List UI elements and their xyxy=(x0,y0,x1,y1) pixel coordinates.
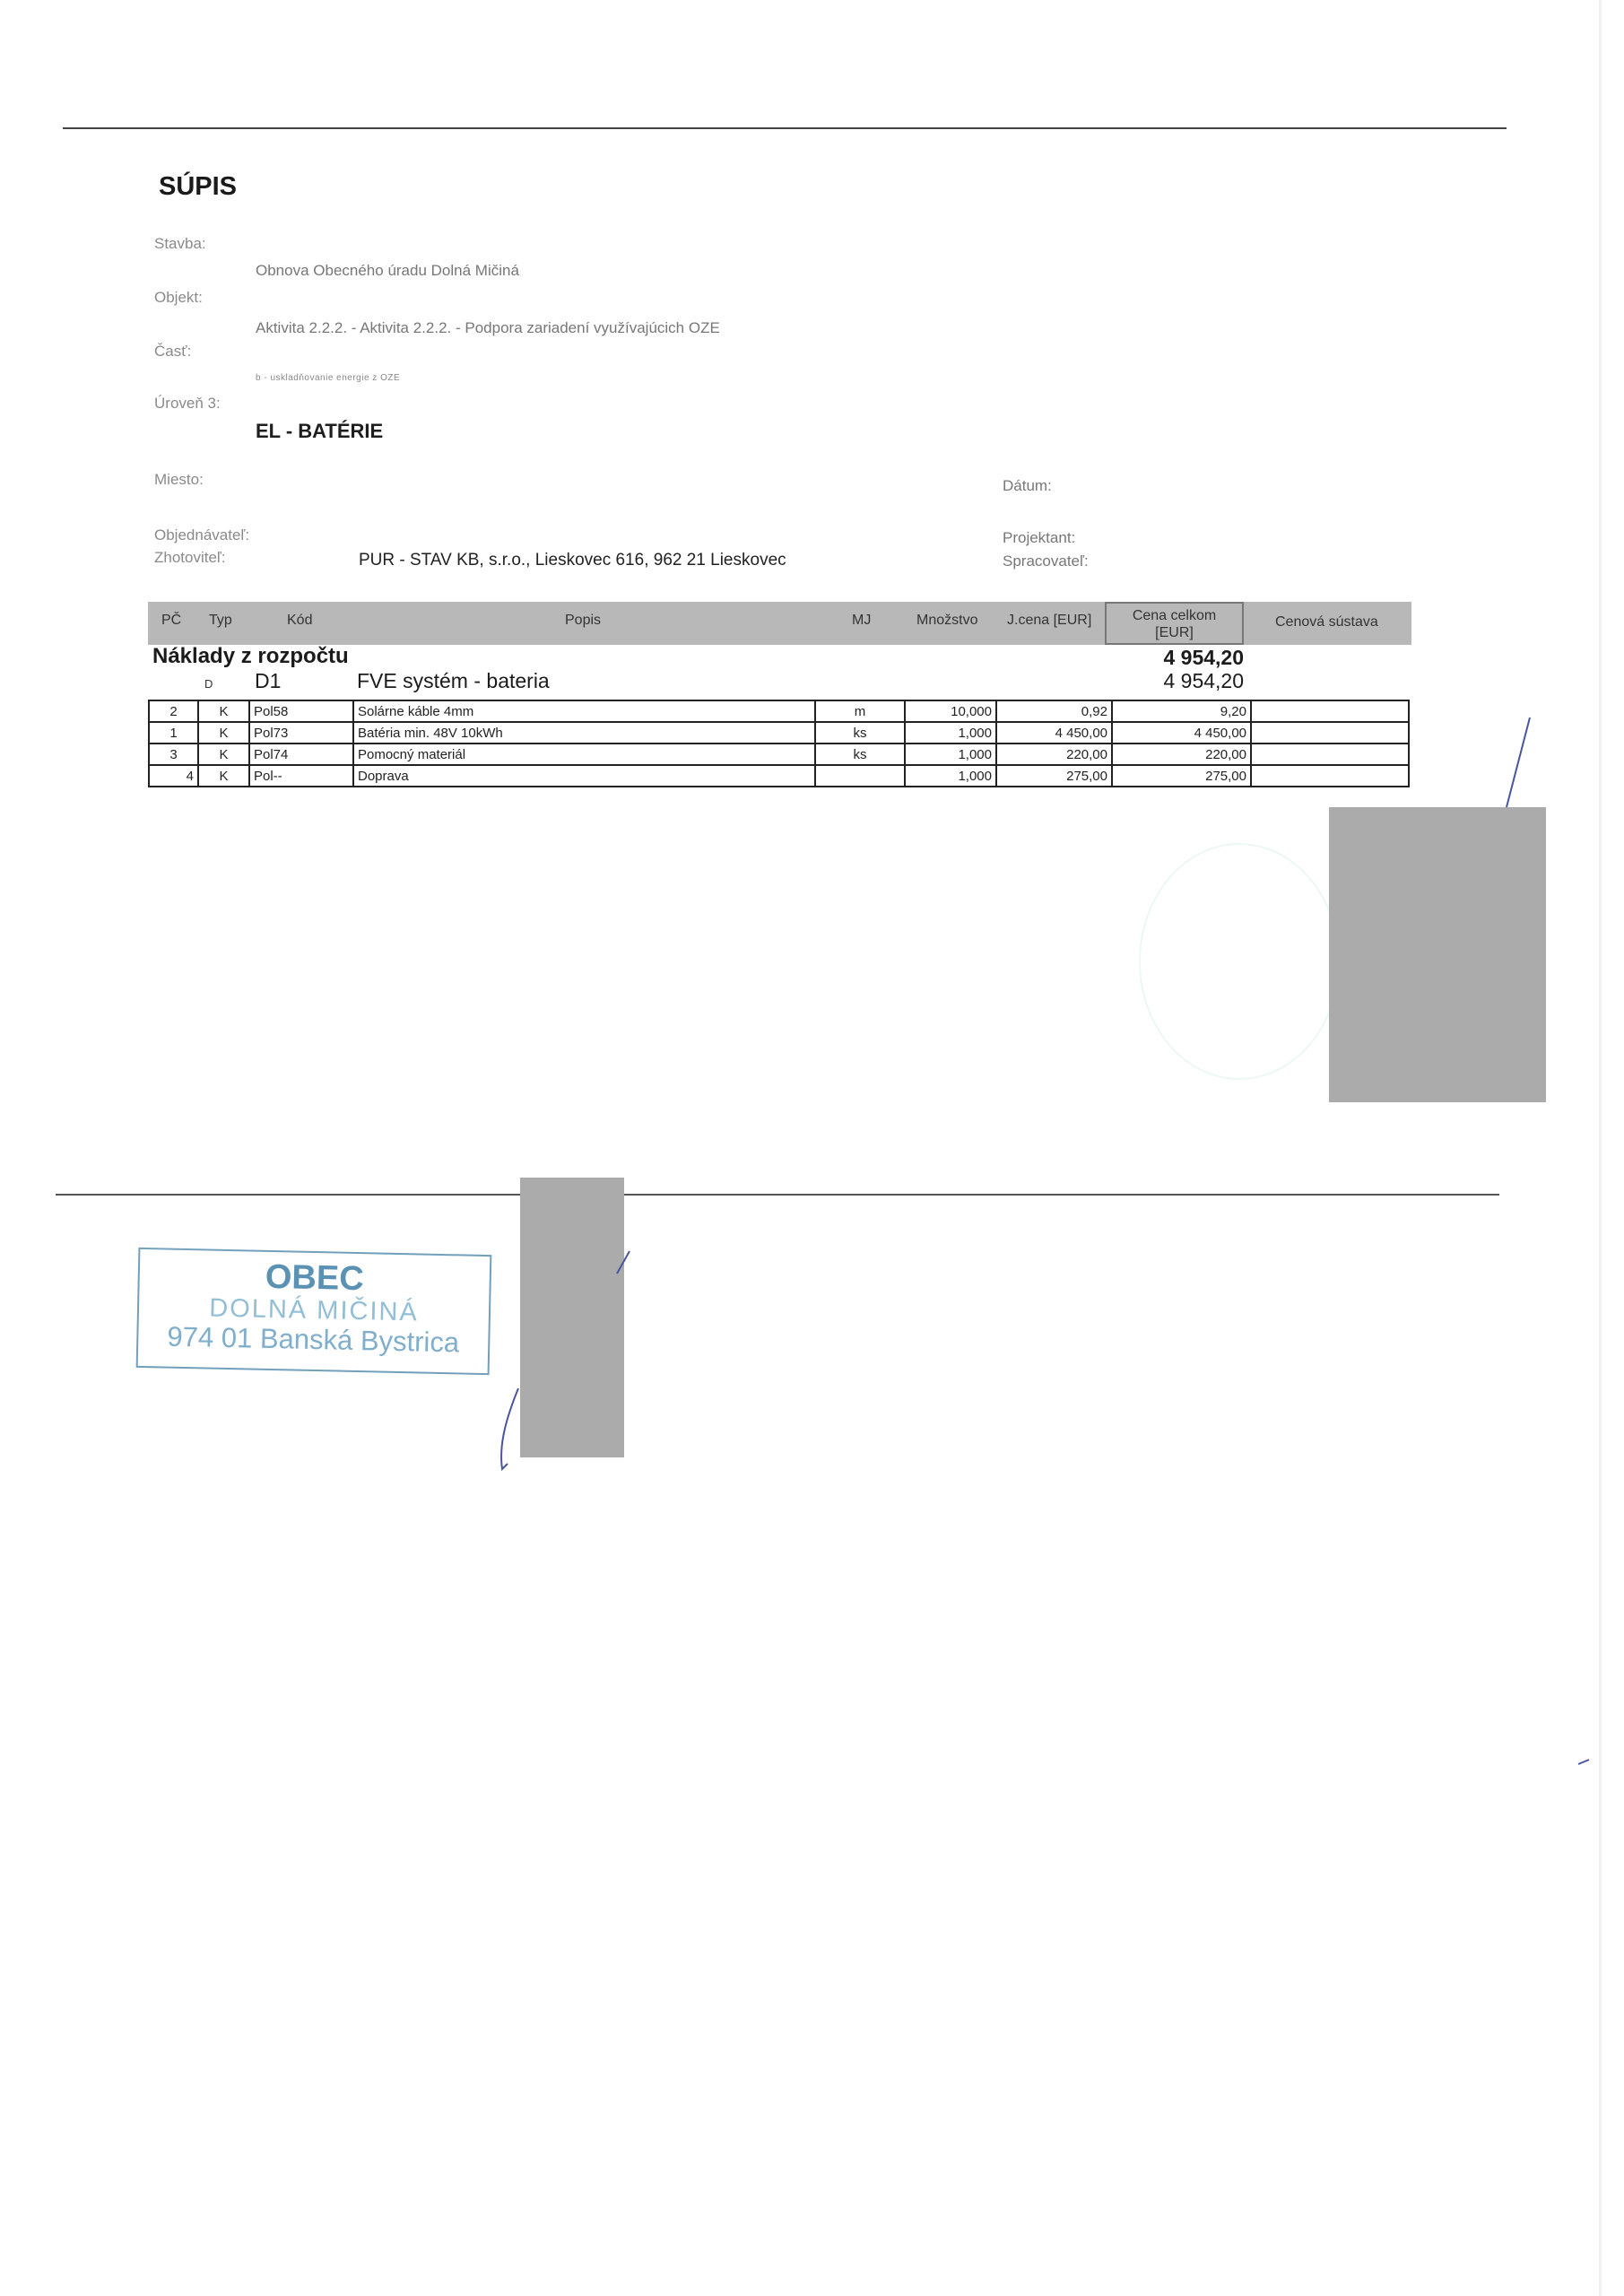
signature-stroke-right xyxy=(1507,717,1530,807)
signature-strokes xyxy=(0,0,1624,2296)
pen-mark-margin xyxy=(1578,1760,1589,1764)
signature-stroke-left-top xyxy=(617,1251,630,1274)
signature-stroke-left-bottom xyxy=(501,1388,518,1469)
